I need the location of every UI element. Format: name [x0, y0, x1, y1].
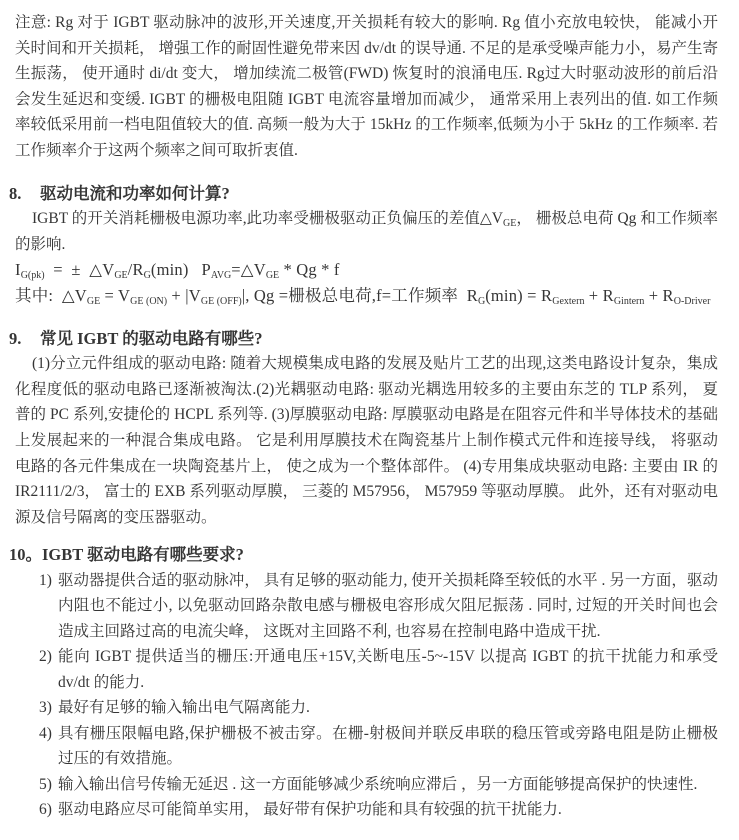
- list-item-text: 输入输出信号传输无延迟 . 这一方面能够减少系统响应滞后 ，另一方面能够提高保护…: [58, 772, 718, 798]
- section-8-title: 驱动电流和功率如何计算?: [40, 184, 230, 203]
- section-8-number: 8.: [9, 181, 40, 207]
- list-item: 3) 最好有足够的输入输出电气隔离能力.: [39, 695, 718, 721]
- formula-definitions: 其中: △VGE = VGE (ON) + |VGE (OFF)|, Qg =栅…: [15, 283, 718, 309]
- list-item: 1) 驱动器提供合适的驱动脉冲， 具有足够的驱动能力, 使开关损耗降至较低的水平…: [39, 568, 718, 645]
- list-item-text: 能向 IGBT 提供适当的栅压:开通电压+15V,关断电压-5~-15V 以提高…: [58, 644, 718, 695]
- list-item-text: 最好有足够的输入输出电气隔离能力.: [58, 695, 718, 721]
- list-item-marker: 3): [39, 695, 58, 721]
- section-9-title: 常见 IGBT 的驱动电路有哪些?: [40, 329, 262, 348]
- section-8-heading: 8.驱动电流和功率如何计算?: [9, 181, 718, 207]
- list-item-marker: 5): [39, 772, 58, 798]
- section-10-heading: 10。IGBT 驱动电路有哪些要求?: [9, 542, 718, 568]
- notice-paragraph: 注意: Rg 对于 IGBT 驱动脉冲的波形,开关速度,开关损耗有较大的影响. …: [15, 10, 718, 164]
- list-item-text: 驱动电路应尽可能简单实用， 最好带有保护功能和具有较强的抗干扰能力.: [58, 797, 718, 823]
- list-item-marker: 1): [39, 568, 58, 645]
- section-9-number: 9.: [9, 326, 40, 352]
- section-10-title: IGBT 驱动电路有哪些要求?: [42, 545, 244, 564]
- document-page: 注意: Rg 对于 IGBT 驱动脉冲的波形,开关速度,开关损耗有较大的影响. …: [0, 0, 739, 840]
- formula-peak-current: IG(pk) = ± △VGE/RG(min) PAVG=△VGE * Qg *…: [15, 257, 718, 283]
- list-item-text: 驱动器提供合适的驱动脉冲， 具有足够的驱动能力, 使开关损耗降至较低的水平 . …: [58, 568, 718, 645]
- section-9-heading: 9.常见 IGBT 的驱动电路有哪些?: [9, 326, 718, 352]
- list-item: 2) 能向 IGBT 提供适当的栅压:开通电压+15V,关断电压-5~-15V …: [39, 644, 718, 695]
- list-item: 6) 驱动电路应尽可能简单实用， 最好带有保护功能和具有较强的抗干扰能力.: [39, 797, 718, 823]
- list-item-marker: 6): [39, 797, 58, 823]
- section-10-number: 10。: [9, 542, 42, 568]
- section-8-intro: IGBT 的开关消耗栅极电源功率,此功率受栅极驱动正负偏压的差值△VGE， 栅极…: [15, 206, 718, 257]
- list-item: 5) 输入输出信号传输无延迟 . 这一方面能够减少系统响应滞后 ，另一方面能够提…: [39, 772, 718, 798]
- list-item: 4) 具有栅压限幅电路,保护栅极不被击穿。在栅-射极间并联反串联的稳压管或旁路电…: [39, 721, 718, 772]
- list-item-marker: 2): [39, 644, 58, 695]
- section-10-list: 1) 驱动器提供合适的驱动脉冲， 具有足够的驱动能力, 使开关损耗降至较低的水平…: [15, 568, 718, 823]
- section-9-body: (1)分立元件组成的驱动电路: 随着大规模集成电路的发展及贴片工艺的出现,这类电…: [15, 351, 718, 530]
- list-item-text: 具有栅压限幅电路,保护栅极不被击穿。在栅-射极间并联反串联的稳压管或旁路电阻是防…: [58, 721, 718, 772]
- list-item-marker: 4): [39, 721, 58, 772]
